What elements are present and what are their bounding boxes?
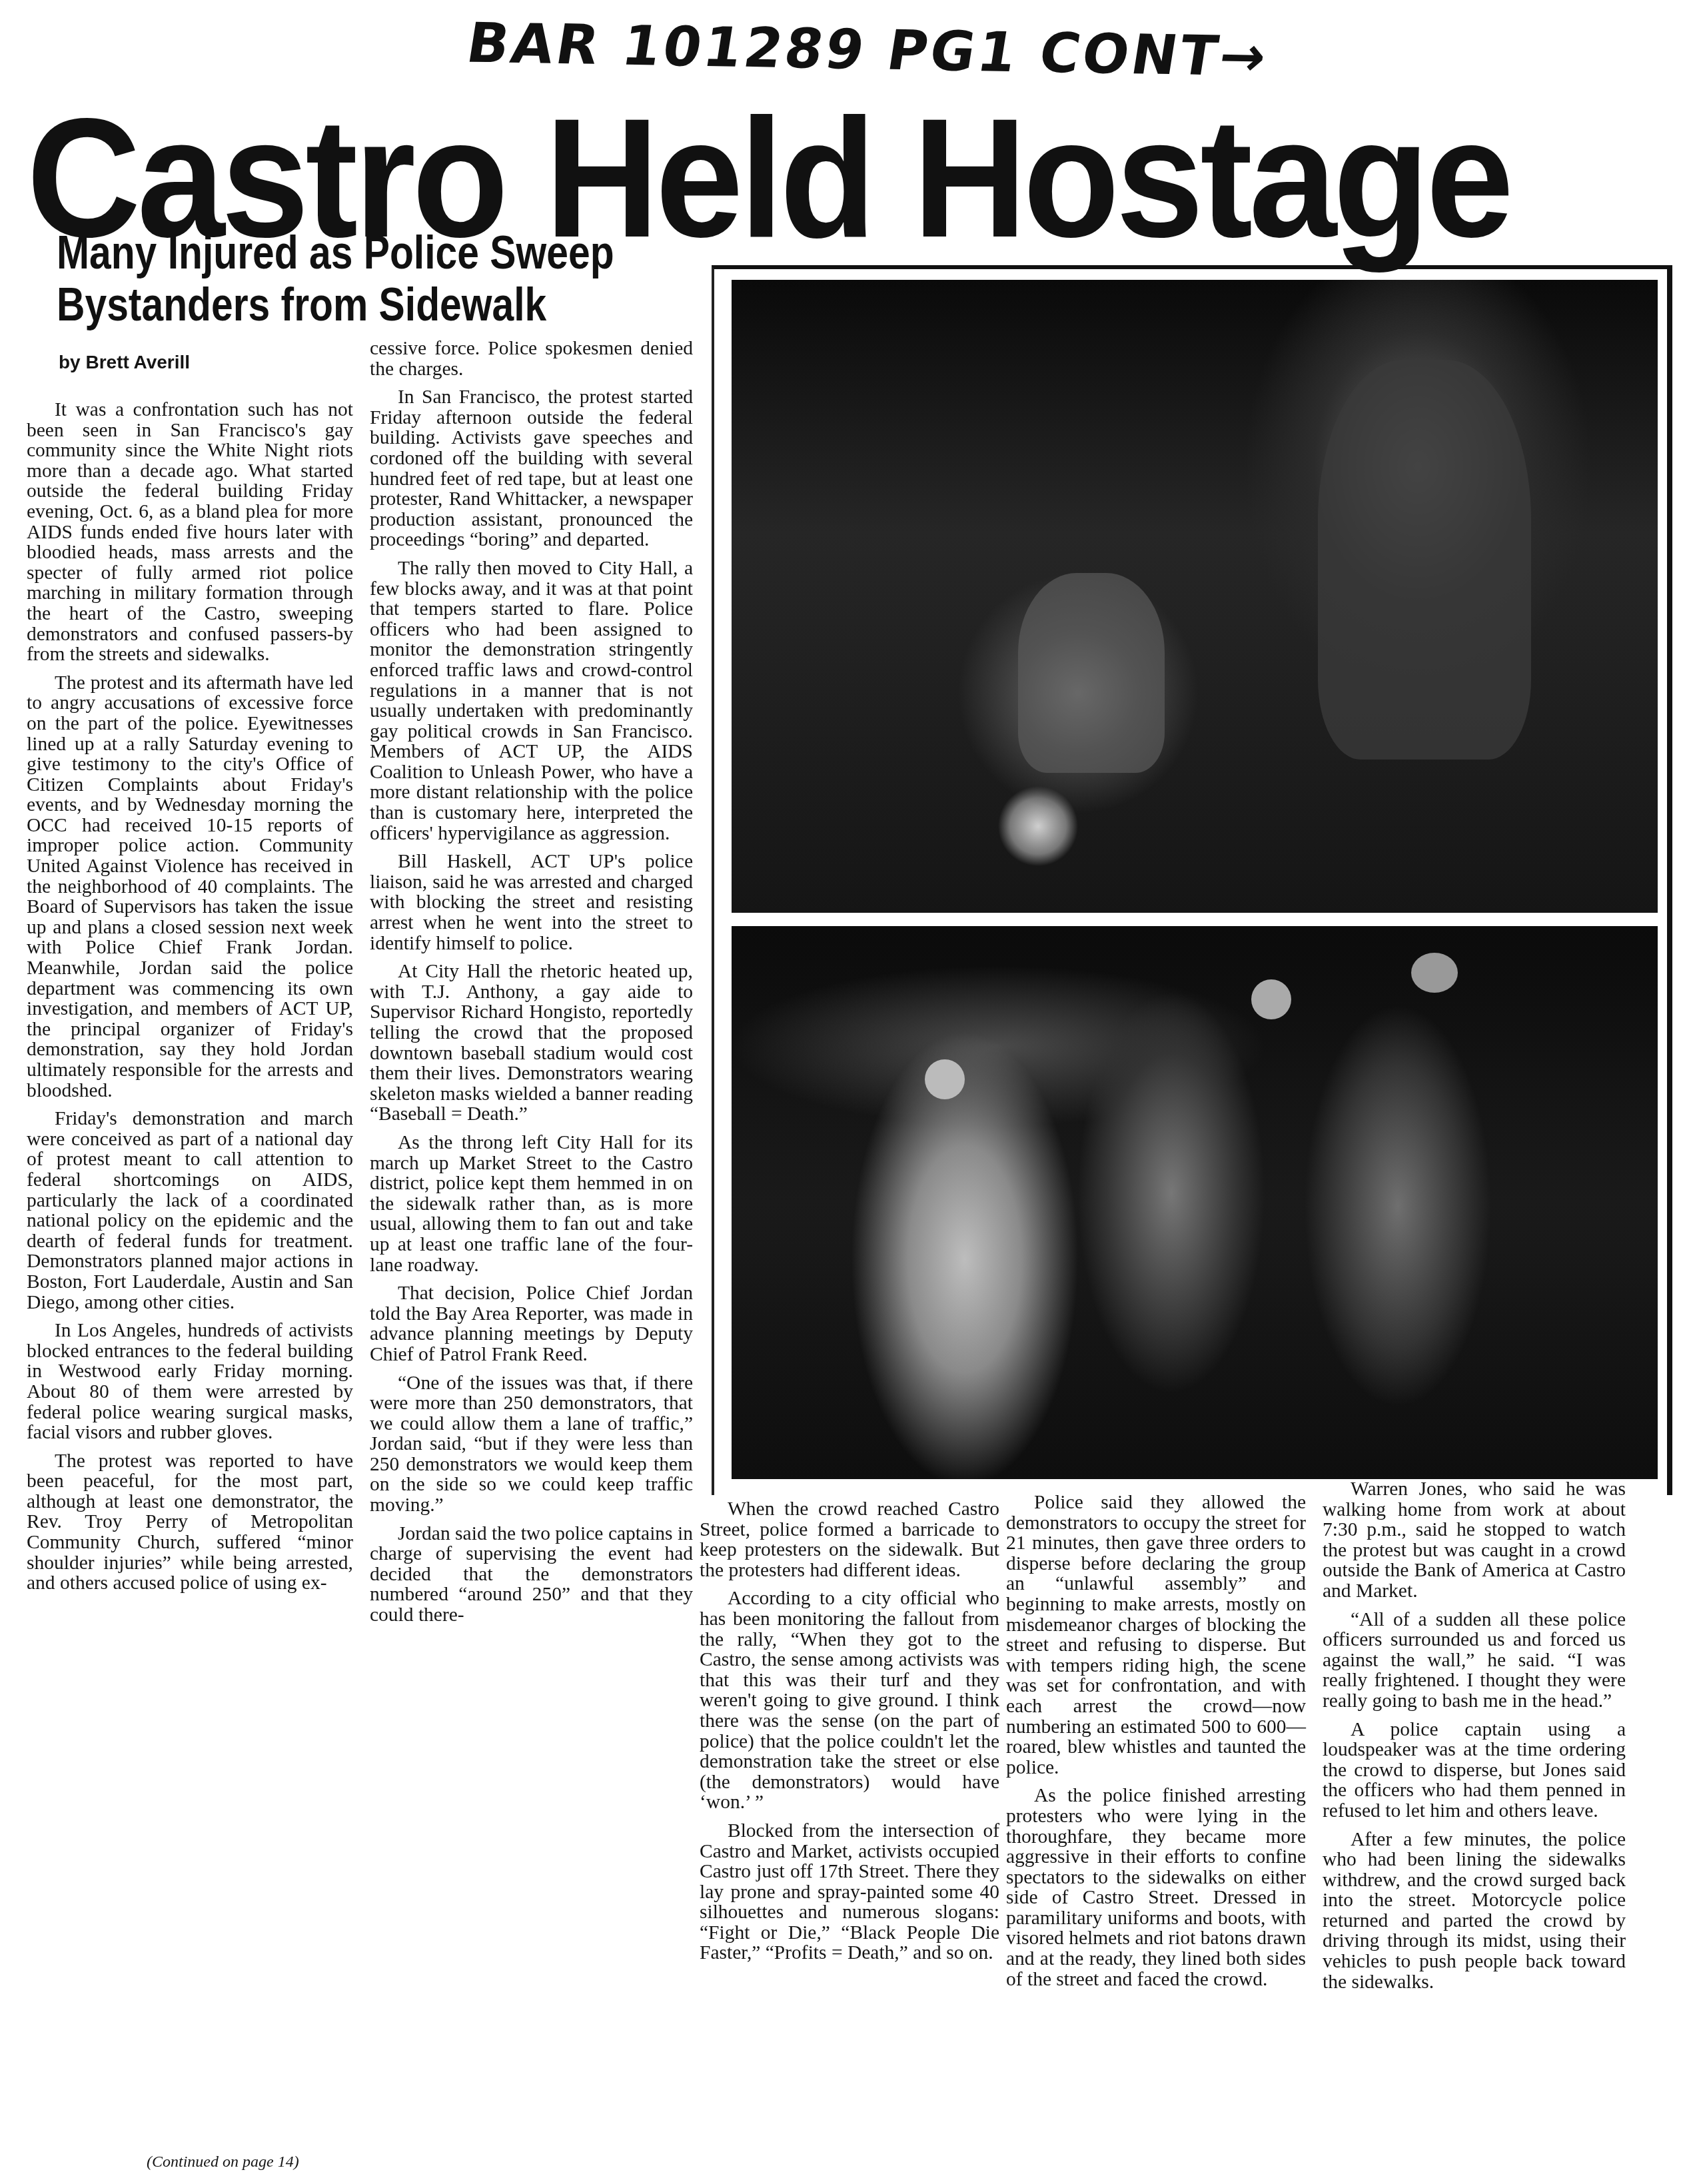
paragraph: The protest and its aftermath have led t… xyxy=(27,673,353,1101)
paragraph: In San Francisco, the protest started Fr… xyxy=(370,387,693,550)
paragraph: A police captain using a loudspeaker was… xyxy=(1323,1720,1626,1822)
article-column-4: Police said they allowed the demonstrato… xyxy=(1006,1492,1306,1997)
paragraph: When the crowd reached Castro Street, po… xyxy=(700,1499,999,1580)
paragraph: According to a city official who has bee… xyxy=(700,1588,999,1813)
photo-protester-megaphone xyxy=(732,280,1658,913)
paragraph: Warren Jones, who said he was walking ho… xyxy=(1323,1479,1626,1602)
paragraph: As the police finished arresting protest… xyxy=(1006,1786,1306,1989)
paragraph: As the throng left City Hall for its mar… xyxy=(370,1133,693,1275)
paragraph: At City Hall the rhetoric heated up, wit… xyxy=(370,961,693,1125)
paragraph: Blocked from the intersection of Castro … xyxy=(700,1821,999,1963)
paragraph: In Los Angeles, hundreds of activists bl… xyxy=(27,1321,353,1443)
paragraph: The rally then moved to City Hall, a few… xyxy=(370,558,693,843)
handwritten-archive-note: BAR 101289 PG1 CONT→ xyxy=(462,11,1273,89)
paragraph: Police said they allowed the demonstrato… xyxy=(1006,1492,1306,1778)
paragraph: After a few minutes, the police who had … xyxy=(1323,1830,1626,1993)
article-column-5: Warren Jones, who said he was walking ho… xyxy=(1323,1479,1626,2000)
paragraph: Friday's demonstration and march were co… xyxy=(27,1109,353,1313)
paragraph: Bill Haskell, ACT UP's police liaison, s… xyxy=(370,851,693,953)
paragraph: cessive force. Police spokesmen denied t… xyxy=(370,338,693,379)
paragraph: Jordan said the two police captains in c… xyxy=(370,1524,693,1626)
subhead-line-1: Many Injured as Police Sweep xyxy=(57,227,614,278)
paragraph: It was a confrontation such has not been… xyxy=(27,400,353,665)
subheadline: Many Injured as Police Sweep Bystanders … xyxy=(57,227,614,330)
article-column-3: When the crowd reached Castro Street, po… xyxy=(700,1499,999,1971)
byline: by Brett Averill xyxy=(59,352,190,373)
paragraph: “All of a sudden all these police office… xyxy=(1323,1610,1626,1712)
photo-riot-police xyxy=(732,926,1658,1479)
subhead-line-2: Bystanders from Sidewalk xyxy=(57,278,614,330)
continued-note: (Continued on page 14) xyxy=(147,2153,299,2171)
paragraph: The protest was reported to have been pe… xyxy=(27,1451,353,1594)
paragraph: That decision, Police Chief Jordan told … xyxy=(370,1283,693,1365)
article-column-1: It was a confrontation such has not been… xyxy=(27,400,353,1602)
paragraph: “One of the issues was that, if there we… xyxy=(370,1373,693,1516)
article-column-2: cessive force. Police spokesmen denied t… xyxy=(370,338,693,1634)
